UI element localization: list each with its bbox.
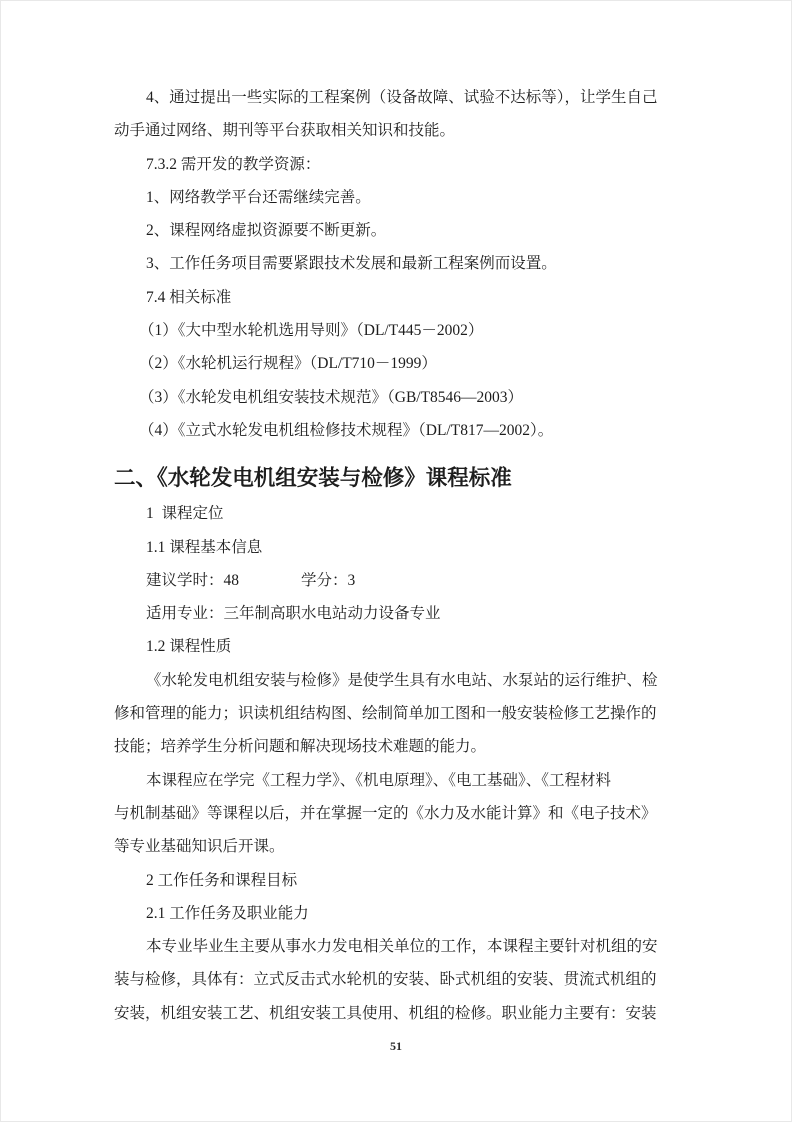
body-line: 7.4 相关标准 (114, 281, 680, 314)
body-line: 等专业基础知识后开课。 (114, 830, 680, 863)
page-number: 51 (1, 1039, 791, 1054)
page-content: 4、通过提出一些实际的工程案例（设备故障、试验不达标等），让学生自己 动手通过网… (114, 81, 680, 1030)
body-line: 3、工作任务项目需要紧跟技术发展和最新工程案例而设置。 (114, 247, 680, 280)
body-line: 1 课程定位 (114, 497, 680, 530)
document-page: 4、通过提出一些实际的工程案例（设备故障、试验不达标等），让学生自己 动手通过网… (0, 0, 792, 1122)
body-line: （2）《水轮机运行规程》（DL/T710－1999） (114, 347, 680, 380)
body-line: 2、课程网络虚拟资源要不断更新。 (114, 214, 680, 247)
body-line: 1.1 课程基本信息 (114, 531, 680, 564)
body-line: 与机制基础》等课程以后，并在掌握一定的《水力及水能计算》和《电子技术》 (114, 797, 680, 830)
body-line: 1.2 课程性质 (114, 630, 680, 663)
body-line: 1、网络教学平台还需继续完善。 (114, 181, 680, 214)
body-line: 本专业毕业生主要从事水力发电相关单位的工作，本课程主要针对机组的安 (114, 930, 680, 963)
body-line: （1）《大中型水轮机选用导则》（DL/T445－2002） (114, 314, 680, 347)
body-line: 《水轮发电机组安装与检修》是使学生具有水电站、水泵站的运行维护、检 (114, 664, 680, 697)
body-line: 4、通过提出一些实际的工程案例（设备故障、试验不达标等），让学生自己 (114, 81, 680, 114)
body-line: 动手通过网络、期刊等平台获取相关知识和技能。 (114, 114, 680, 147)
body-line: 技能；培养学生分析问题和解决现场技术难题的能力。 (114, 730, 680, 763)
body-line: 修和管理的能力；识读机组结构图、绘制简单加工图和一般安装检修工艺操作的 (114, 697, 680, 730)
body-line: 适用专业：三年制高职水电站动力设备专业 (114, 597, 680, 630)
body-line: 2.1 工作任务及职业能力 (114, 897, 680, 930)
body-line: 装与检修，具体有：立式反击式水轮机的安装、卧式机组的安装、贯流式机组的 (114, 963, 680, 996)
body-line: （4）《立式水轮发电机组检修技术规程》（DL/T817—2002）。 (114, 414, 680, 447)
body-line: 建议学时：48 学分：3 (114, 564, 680, 597)
body-line: 本课程应在学完《工程力学》、《机电原理》、《电工基础》、《工程材料 (114, 764, 680, 797)
body-line: 7.3.2 需开发的教学资源： (114, 148, 680, 181)
body-line: 安装，机组安装工艺、机组安装工具使用、机组的检修。职业能力主要有：安装 (114, 997, 680, 1030)
body-line: （3）《水轮发电机组安装技术规范》（GB/T8546—2003） (114, 381, 680, 414)
body-line: 2 工作任务和课程目标 (114, 864, 680, 897)
section-heading: 二、《水轮发电机组安装与检修》课程标准 (114, 459, 680, 497)
